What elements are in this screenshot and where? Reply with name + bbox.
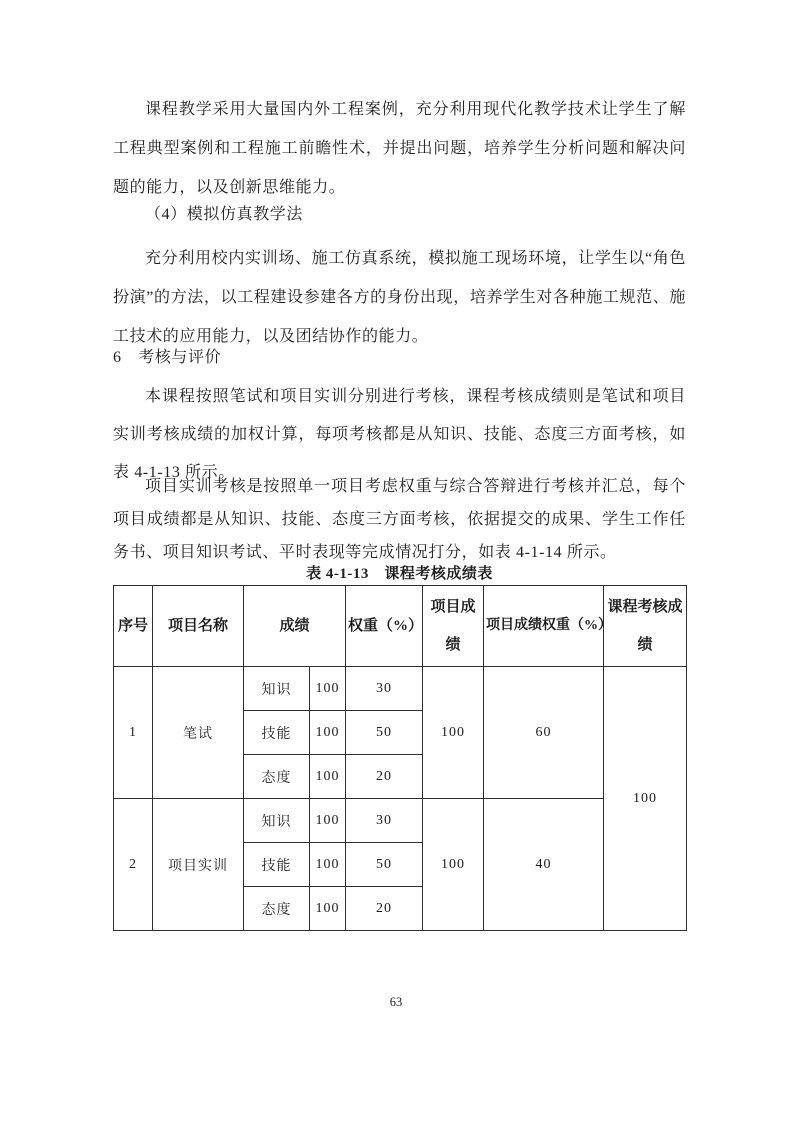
cell-aspect: 技能: [244, 711, 310, 755]
cell-weight: 30: [346, 799, 423, 843]
cell-index-1: 1: [114, 667, 153, 799]
document-page: 课程教学采用大量国内外工程案例，充分利用现代化教学技术让学生了解工程典型案例和工…: [0, 0, 792, 1122]
header-course-score: 课程考核成绩: [604, 586, 687, 667]
cell-score: 100: [310, 711, 346, 755]
header-score: 成绩: [244, 586, 346, 667]
table-row: 1 笔试 知识 100 30 100 60 100: [114, 667, 687, 711]
course-assessment-score-table: 序号 项目名称 成绩 权重（%） 项目成绩 项目成绩权重（%） 课程考核成绩 1…: [113, 585, 687, 931]
cell-score: 100: [310, 667, 346, 711]
header-project-name: 项目名称: [153, 586, 244, 667]
cell-score: 100: [310, 887, 346, 931]
paragraph-teaching-cases: 课程教学采用大量国内外工程案例，充分利用现代化教学技术让学生了解工程典型案例和工…: [113, 90, 686, 207]
page-number: 63: [0, 995, 792, 1010]
cell-weight: 50: [346, 711, 423, 755]
header-index: 序号: [114, 586, 153, 667]
section-heading-assessment: 6 考核与评价: [113, 338, 686, 377]
cell-aspect: 知识: [244, 667, 310, 711]
cell-weight: 20: [346, 755, 423, 799]
cell-aspect: 技能: [244, 843, 310, 887]
table-caption: 表 4-1-13 课程考核成绩表: [113, 564, 686, 585]
paragraph-project-assessment: 项目实训考核是按照单一项目考虑权重与综合答辩进行考核并汇总，每个项目成绩都是从知…: [113, 470, 686, 569]
cell-project-score-1: 100: [423, 667, 484, 799]
cell-weight: 20: [346, 887, 423, 931]
cell-project-score-weight-2: 40: [484, 799, 604, 931]
cell-score: 100: [310, 843, 346, 887]
header-project-score-weight: 项目成绩权重（%）: [484, 586, 604, 667]
cell-score: 100: [310, 799, 346, 843]
subheading-simulation-method: （4）模拟仿真教学法: [113, 195, 686, 234]
header-project-score: 项目成绩: [423, 586, 484, 667]
cell-project-score-weight-1: 60: [484, 667, 604, 799]
cell-course-score: 100: [604, 667, 687, 931]
cell-project-name-1: 笔试: [153, 667, 244, 799]
cell-index-2: 2: [114, 799, 153, 931]
header-weight: 权重（%）: [346, 586, 423, 667]
cell-aspect: 态度: [244, 755, 310, 799]
cell-project-score-2: 100: [423, 799, 484, 931]
cell-weight: 30: [346, 667, 423, 711]
table-row: 2 项目实训 知识 100 30 100 40: [114, 799, 687, 843]
cell-score: 100: [310, 755, 346, 799]
cell-aspect: 知识: [244, 799, 310, 843]
cell-weight: 50: [346, 843, 423, 887]
table-header-row: 序号 项目名称 成绩 权重（%） 项目成绩 项目成绩权重（%） 课程考核成绩: [114, 586, 687, 667]
cell-aspect: 态度: [244, 887, 310, 931]
cell-project-name-2: 项目实训: [153, 799, 244, 931]
